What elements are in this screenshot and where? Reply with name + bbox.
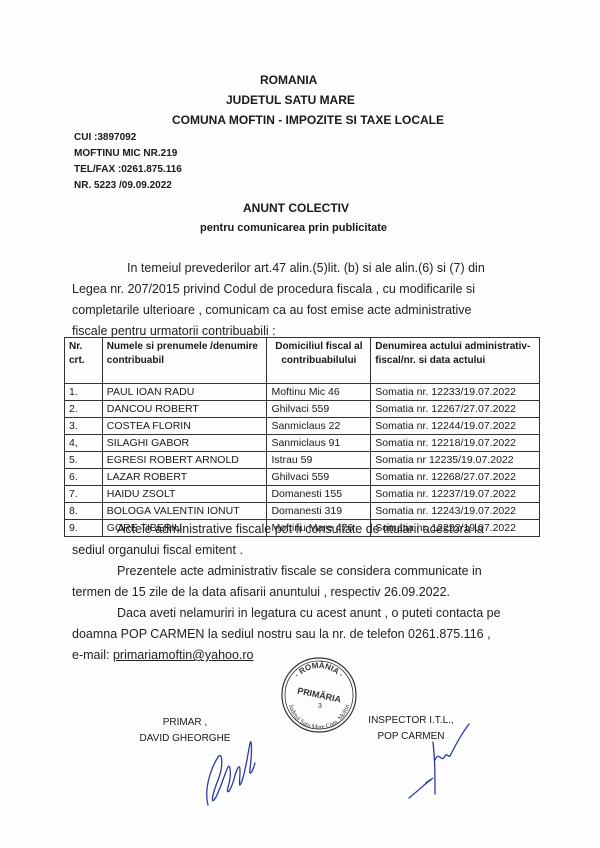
cell-domicile: Ghilvaci 559: [267, 469, 371, 486]
cell-name: LAZAR ROBERT: [102, 469, 267, 486]
mayor-signature-icon: [200, 735, 260, 815]
header-country: ROMANIA: [260, 73, 317, 87]
meta-address: MOFTINU MIC NR.219: [74, 146, 182, 162]
body-line: Daca aveti nelamuriri in legatura cu ace…: [72, 603, 501, 624]
header-name: Numele si prenumele /denumire contribuab…: [102, 338, 267, 384]
cell-act: Somatia nr. 12268/27.07.2022: [371, 469, 540, 486]
cell-name: PAUL IOAN RADU: [102, 384, 267, 401]
cell-name: COSTEA FLORIN: [102, 418, 267, 435]
cell-domicile: Moftinu Mic 46: [267, 384, 371, 401]
email-link[interactable]: primariamoftin@yahoo.ro: [113, 648, 254, 662]
cell-nr: 3.: [65, 418, 103, 435]
table-row: 5.EGRESI ROBERT ARNOLDIstrau 59Somatia n…: [65, 452, 540, 469]
cell-domicile: Sanmiclaus 22: [267, 418, 371, 435]
cell-nr: 8.: [65, 503, 103, 520]
table-header-row: Nr. crt. Numele si prenumele /denumire c…: [65, 338, 540, 384]
table-row: 3.COSTEA FLORINSanmiclaus 22Somatia nr. …: [65, 418, 540, 435]
official-stamp-icon: · ROMÂNIA · Judetul Satu Mare Com. Mofti…: [280, 656, 358, 734]
meta-cui: CUI :3897092: [74, 130, 182, 146]
cell-name: SILAGHI GABOR: [102, 435, 267, 452]
intro-line: In temeiul prevederilor art.47 alin.(5)l…: [72, 258, 485, 279]
table-row: 8.BOLOGA VALENTIN IONUTDomanesti 319Soma…: [65, 503, 540, 520]
cell-act: Somatia nr. 12243/19.07.2022: [371, 503, 540, 520]
body-line: Actele administrative fiscale pot fi con…: [72, 519, 501, 540]
intro-line: Legea nr. 207/2015 privind Codul de proc…: [72, 279, 485, 300]
cell-act: Somatia nr. 12267/27.07.2022: [371, 401, 540, 418]
cell-nr: 5.: [65, 452, 103, 469]
cell-domicile: Domanesti 155: [267, 486, 371, 503]
document-title: ANUNT COLECTIV: [243, 201, 349, 215]
document-page: ROMANIA JUDETUL SATU MARE COMUNA MOFTIN …: [0, 0, 600, 848]
cell-domicile: Ghilvaci 559: [267, 401, 371, 418]
meta-phone: TEL/FAX :0261.875.116: [74, 162, 182, 178]
contributors-table: Nr. crt. Numele si prenumele /denumire c…: [64, 337, 540, 537]
cell-domicile: Sanmiclaus 91: [267, 435, 371, 452]
meta-block: CUI :3897092 MOFTINU MIC NR.219 TEL/FAX …: [74, 130, 182, 194]
table-row: 2.DANCOU ROBERTGhilvaci 559Somatia nr. 1…: [65, 401, 540, 418]
body-line: sediul organului fiscal emitent .: [72, 540, 501, 561]
stamp-center: PRIMĂRIA: [296, 686, 342, 705]
stamp-top-text: · ROMÂNIA ·: [293, 661, 345, 679]
email-label: e-mail:: [72, 648, 113, 662]
table-row: 6.LAZAR ROBERTGhilvaci 559Somatia nr. 12…: [65, 469, 540, 486]
header-institution: COMUNA MOFTIN - IMPOZITE SI TAXE LOCALE: [172, 113, 444, 127]
mayor-role: PRIMAR ,: [130, 715, 240, 731]
cell-act: Somatia nr. 12218/19.07.2022: [371, 435, 540, 452]
table-row: 7.HAIDU ZSOLTDomanesti 155Somatia nr. 12…: [65, 486, 540, 503]
cell-name: BOLOGA VALENTIN IONUT: [102, 503, 267, 520]
table-row: 4,SILAGHI GABORSanmiclaus 91Somatia nr. …: [65, 435, 540, 452]
cell-nr: 4,: [65, 435, 103, 452]
cell-domicile: Domanesti 319: [267, 503, 371, 520]
cell-name: EGRESI ROBERT ARNOLD: [102, 452, 267, 469]
header-act: Denumirea actului administrativ-fiscal/n…: [371, 338, 540, 384]
cell-act: Somatia nr. 12237/19.07.2022: [371, 486, 540, 503]
cell-act: Somatia nr. 12233/19.07.2022: [371, 384, 540, 401]
header-nr: Nr. crt.: [65, 338, 103, 384]
cell-act: Somatia nr 12235/19.07.2022: [371, 452, 540, 469]
cell-act: Somatia nr. 12244/19.07.2022: [371, 418, 540, 435]
cell-name: HAIDU ZSOLT: [102, 486, 267, 503]
body-line: termen de 15 zile de la data afisarii an…: [72, 582, 501, 603]
intro-line: completarile ulterioare , comunicam ca a…: [72, 300, 485, 321]
svg-text:· ROMÂNIA ·: · ROMÂNIA ·: [293, 661, 345, 679]
cell-nr: 7.: [65, 486, 103, 503]
closing-paragraphs: Actele administrative fiscale pot fi con…: [72, 519, 501, 666]
cell-name: DANCOU ROBERT: [102, 401, 267, 418]
inspector-signature-icon: [405, 720, 475, 800]
document-subtitle: pentru comunicarea prin publicitate: [200, 222, 387, 234]
body-line: doamna POP CARMEN la sediul nostru sau l…: [72, 624, 501, 645]
cell-nr: 1.: [65, 384, 103, 401]
cell-nr: 2.: [65, 401, 103, 418]
table-row: 1.PAUL IOAN RADUMoftinu Mic 46Somatia nr…: [65, 384, 540, 401]
cell-domicile: Istrau 59: [267, 452, 371, 469]
cell-nr: 6.: [65, 469, 103, 486]
stamp-number: 3: [318, 703, 322, 710]
meta-reg-number: NR. 5223 /09.09.2022: [74, 178, 182, 194]
header-domicile: Domiciliul fiscal al contribuabilului: [267, 338, 371, 384]
header-county: JUDETUL SATU MARE: [226, 93, 355, 107]
body-line: Prezentele acte administrativ fiscale se…: [72, 561, 501, 582]
intro-paragraph: In temeiul prevederilor art.47 alin.(5)l…: [72, 258, 485, 342]
